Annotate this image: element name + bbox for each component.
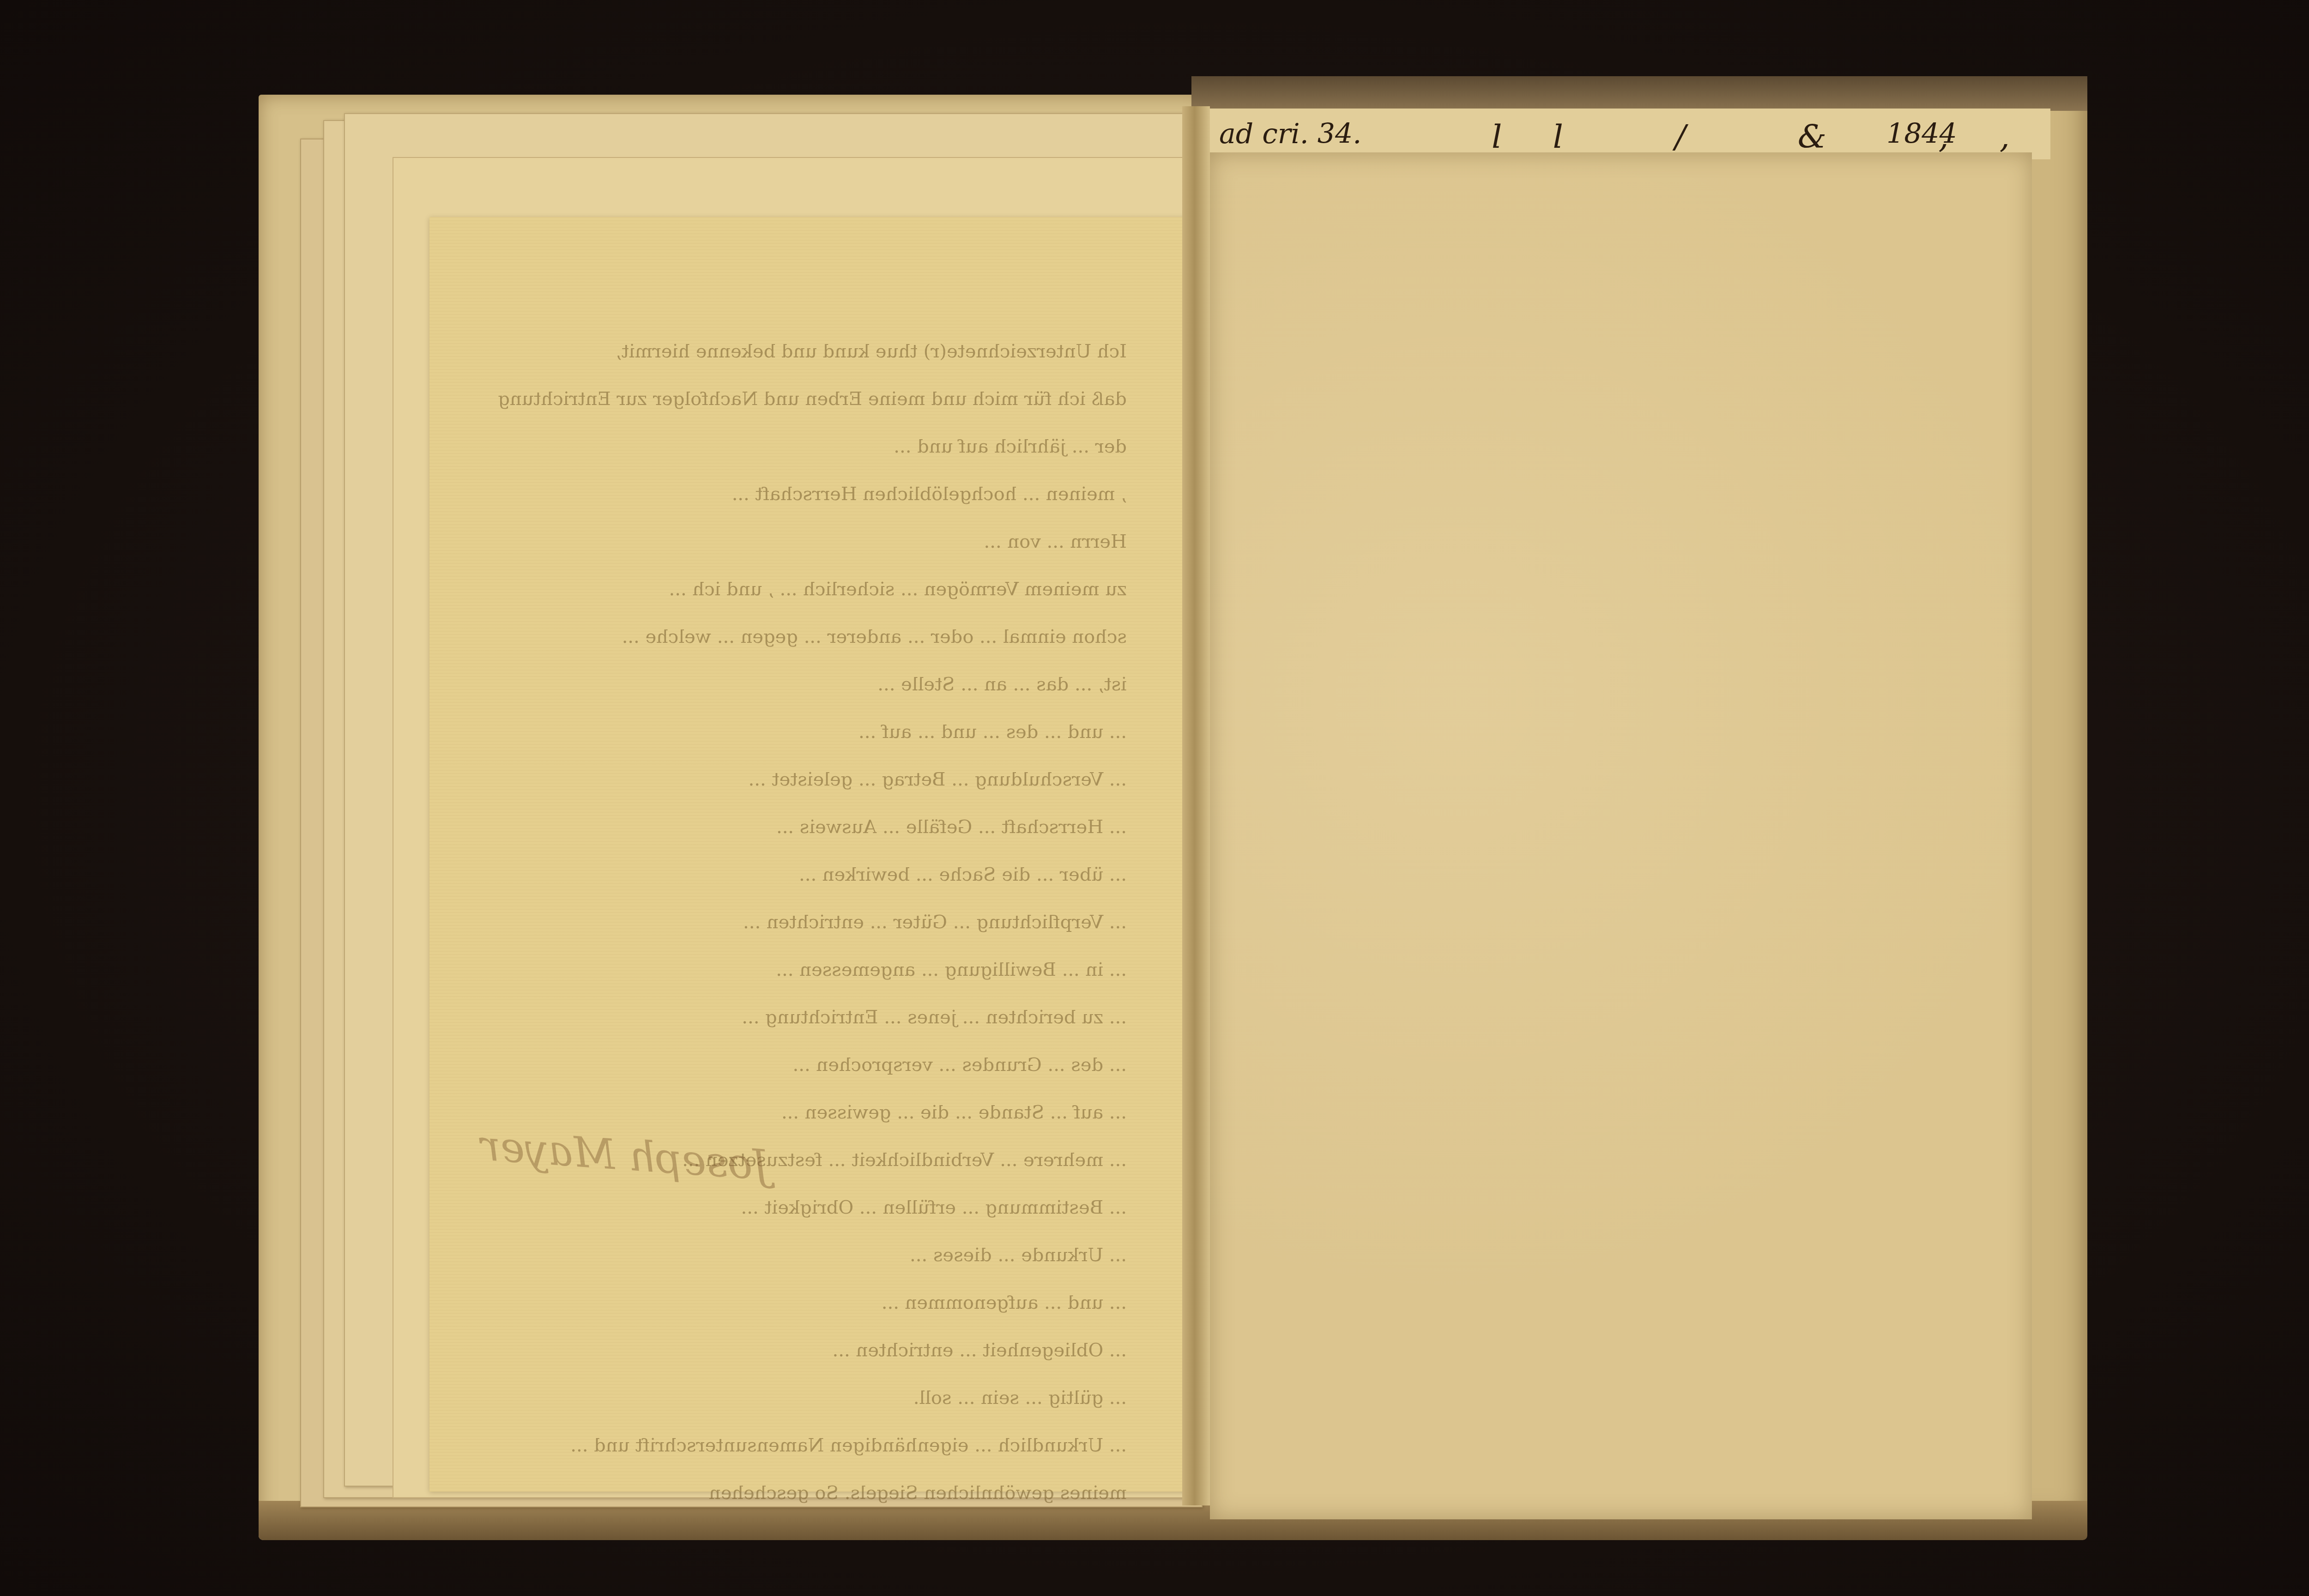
printed-line: ... Verpflichtung ... Güter ... entricht… (471, 899, 1127, 946)
printed-line: meines gewöhnlichen Siegels. So geschehe… (471, 1469, 1127, 1517)
printed-line: , meinen ... hochgelöblichen Herrschaft … (471, 471, 1127, 518)
printed-line: zu meinem Vermögen ... sicherlich ... , … (471, 566, 1127, 613)
printed-line: ... des ... Grundes ... versprochen ... (471, 1041, 1127, 1089)
printed-line: ... Herrschaft ... Gefälle ... Ausweis .… (471, 804, 1127, 851)
printed-text-block: Ich Unterzeichnete(r) thue kund und beke… (471, 328, 1127, 1517)
printed-line: ... Bestimmung ... erfüllen ... Obrigkei… (471, 1184, 1127, 1232)
printed-line: ist, ... das ... an ... Stelle ... (471, 661, 1127, 708)
printed-line: schon einmal ... oder ... anderer ... ge… (471, 613, 1127, 661)
handwritten-header-strokes: ll / & ,, (1492, 118, 2061, 156)
printed-form-sheet: Ich Unterzeichnete(r) thue kund und beke… (429, 217, 1196, 1492)
printed-line: ... in ... Bewilligung ... angemessen ..… (471, 946, 1127, 994)
printed-line: ... Obliegenheit ... entrichten ... (471, 1327, 1127, 1374)
right-page-blank (1210, 152, 2032, 1519)
printed-line: Herrn ... von ... (471, 518, 1127, 566)
handwritten-reference: ad cri. 34. (1219, 118, 1361, 150)
printed-line: ... Verschuldung ... Betrag ... geleiste… (471, 756, 1127, 804)
book-gutter (1182, 106, 1210, 1505)
printed-line: ... gültig ... sein ... soll. (471, 1374, 1127, 1422)
handwritten-year: 1844 (1886, 118, 1957, 150)
printed-line: daß ich für mich und meine Erben und Nac… (471, 375, 1127, 423)
printed-line: ... über ... die Sache ... bewirken ... (471, 851, 1127, 899)
printed-line: ... zu berichten ... jenes ... Entrichtu… (471, 994, 1127, 1041)
printed-line: ... Urkundlich ... eigenhändigen Namensu… (471, 1422, 1127, 1469)
folder-cover-top-edge (1191, 76, 2087, 111)
printed-line: ... und ... aufgenommen ... (471, 1279, 1127, 1327)
printed-line: ... und ... des ... und ... auf ... (471, 708, 1127, 756)
printed-line: ... Urkunde ... dieses ... (471, 1232, 1127, 1279)
printed-line: der ... jährlich auf und ... (471, 423, 1127, 471)
printed-line: Ich Unterzeichnete(r) thue kund und beke… (471, 328, 1127, 375)
